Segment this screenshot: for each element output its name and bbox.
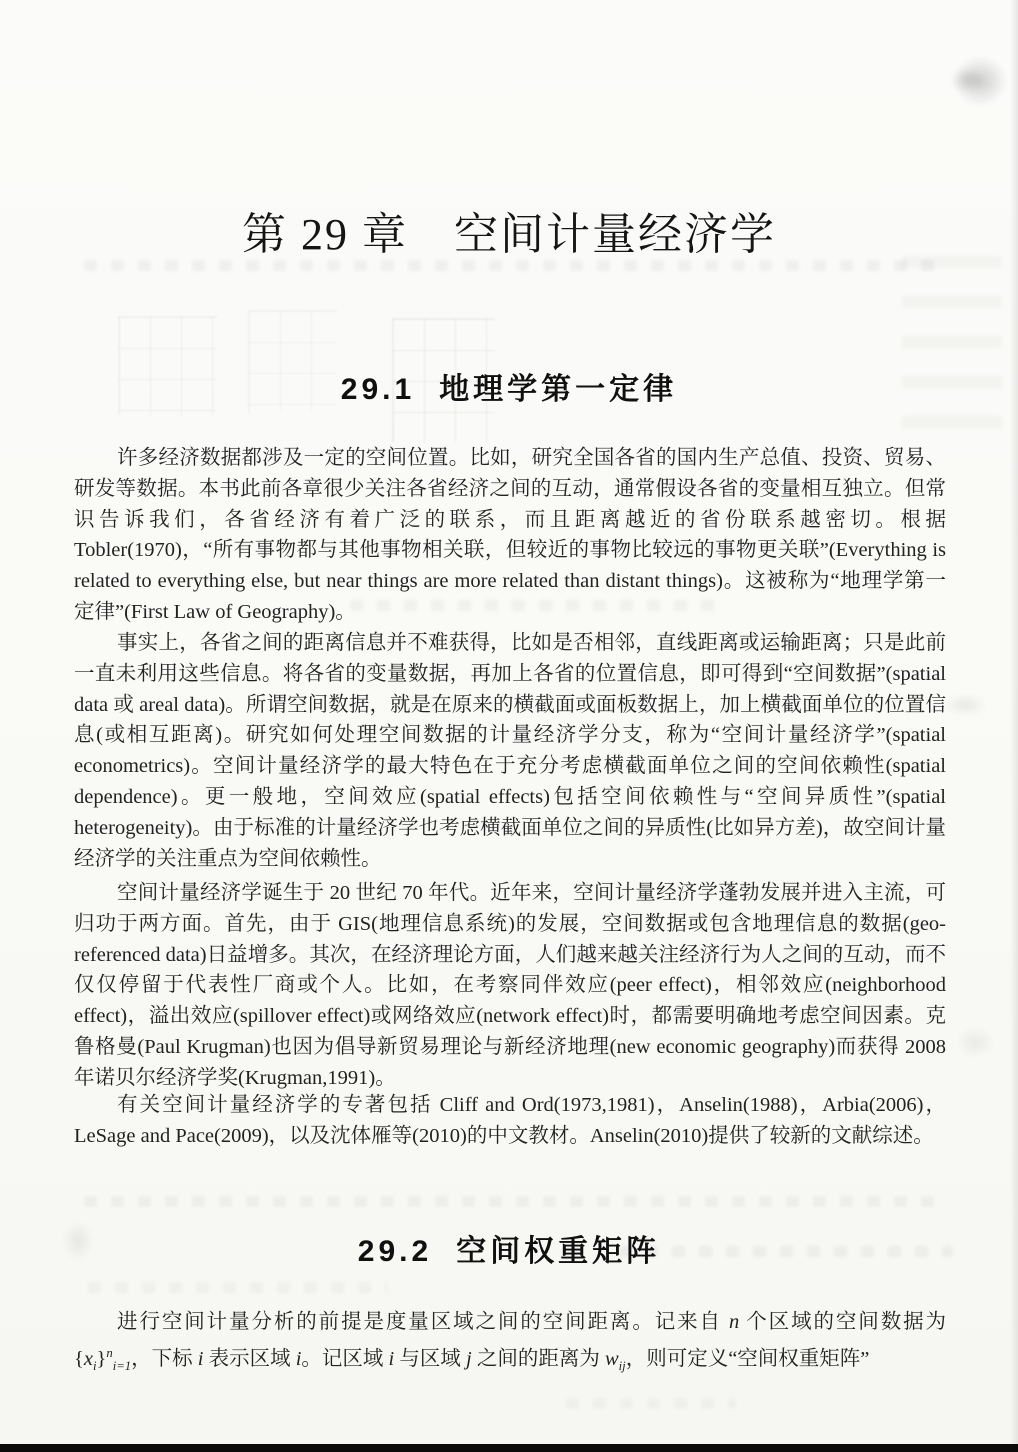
bleedthrough-artifact (948, 1020, 1002, 1064)
chapter-title: 第 29 章空间计量经济学 (0, 198, 1018, 262)
section-heading-29-2: 29.2空间权重矩阵 (0, 1226, 1018, 1270)
chapter-number: 第 29 章 (242, 210, 408, 259)
chapter-name: 空间计量经济学 (454, 210, 776, 259)
section-29-2-number: 29.2 (358, 1235, 432, 1268)
bleedthrough-artifact (942, 46, 1018, 116)
paragraph-spatial-data: 事实上，各省之间的距离信息并不难获得，比如是否相邻，直线距离或运输距离；只是此前… (74, 628, 946, 874)
paragraph-references: 有关空间计量经济学的专著包括 Cliff and Ord(1973,1981)，… (74, 1090, 946, 1152)
bleedthrough-artifact (88, 1282, 388, 1293)
bleedthrough-artifact (944, 62, 990, 98)
paragraph-geography-intro: 许多经济数据都涉及一定的空间位置。比如，研究全国各省的国内生产总值、投资、贸易、… (74, 443, 946, 628)
bleedthrough-artifact (566, 1398, 736, 1409)
scanned-book-page: 第 29 章空间计量经济学 29.1地理学第一定律 许多经济数据都涉及一定的空间… (0, 0, 1018, 1452)
section-29-1-title: 地理学第一定律 (439, 373, 677, 406)
paragraph-history: 空间计量经济学诞生于 20 世纪 70 年代。近年来，空间计量经济学蓬勃发展并进… (74, 878, 946, 1094)
scan-bottom-edge-bar (0, 1444, 1018, 1452)
section-heading-29-1: 29.1地理学第一定律 (0, 364, 1018, 408)
paragraph-weight-matrix: 进行空间计量分析的前提是度量区域之间的空间距离。记来自 n 个区域的空间数据为 … (74, 1307, 946, 1382)
bleedthrough-artifact (902, 256, 1002, 452)
bleedthrough-artifact (84, 1196, 942, 1207)
section-29-1-number: 29.1 (341, 373, 415, 406)
section-29-2-title: 空间权重矩阵 (456, 1235, 660, 1268)
